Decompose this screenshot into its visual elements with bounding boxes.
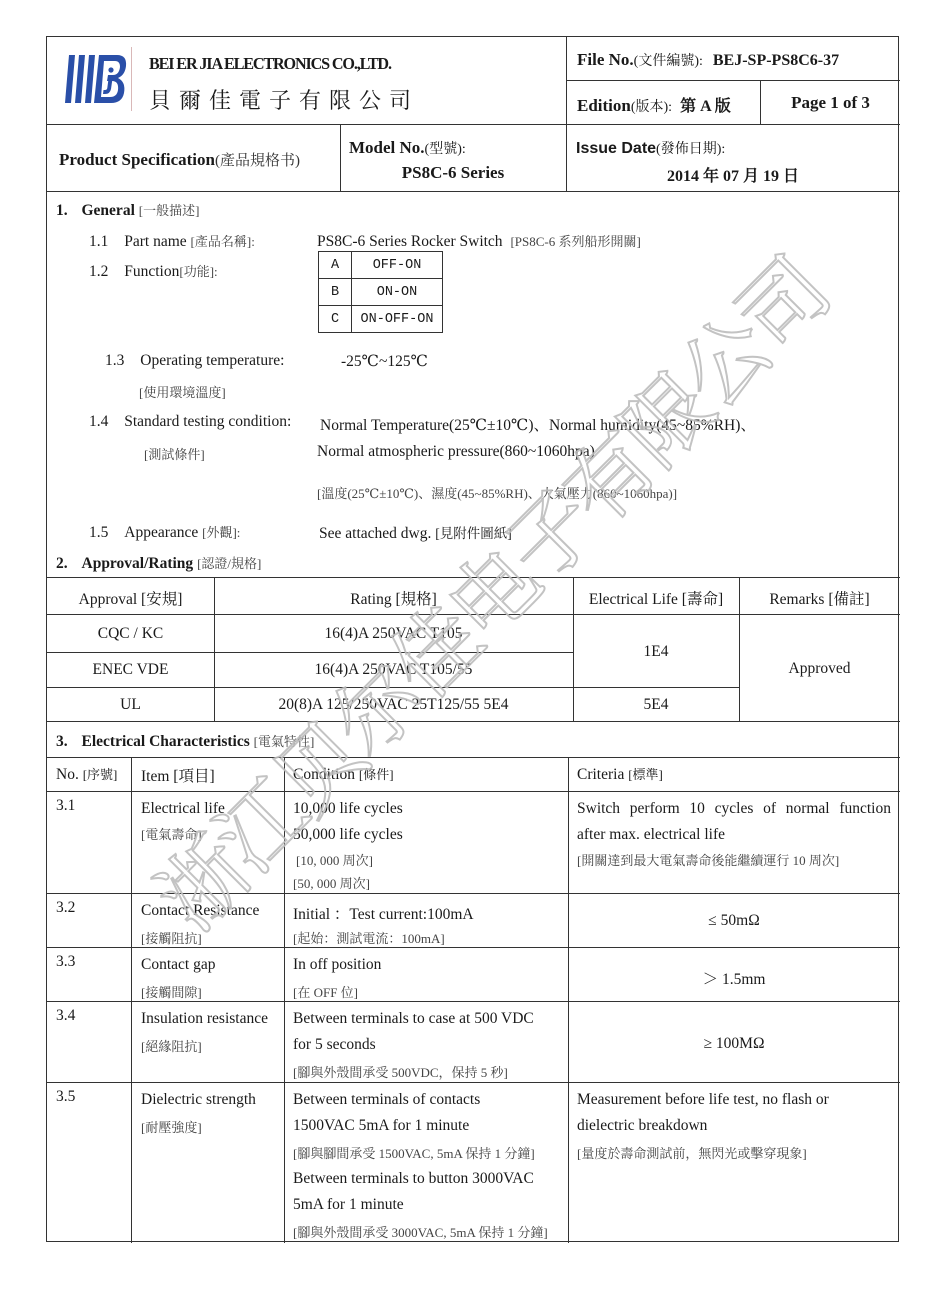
row-3-3-criteria: ＞ 1.5mm — [568, 967, 900, 989]
model-no-label: Model No.(型號): — [349, 138, 466, 158]
row-3-4-condition-2: for 5 seconds — [293, 1036, 376, 1054]
row-3-1-criteria-1: Switch perform 10 cycles of normal funct… — [577, 800, 891, 818]
part-name-row: 1.1 Part name [產品名稱]: — [89, 231, 255, 251]
row-3-4-no: 3.4 — [56, 1007, 75, 1025]
row-3-5-condition-cn-1: [腳與腳間承受 1500VAC, 5mA 保持 1 分鐘] — [293, 1143, 535, 1162]
no-header: No. [序號] — [56, 764, 117, 784]
row-3-1-condition-cn-1: [10, 000 周次] — [296, 850, 373, 869]
row-3-5-condition-1: Between terminals of contacts — [293, 1091, 480, 1109]
edition: Edition(版本): 第 A 版 — [577, 93, 731, 116]
logo-divider — [131, 47, 132, 111]
row-3-1-condition-2: 50,000 life cycles — [293, 826, 403, 844]
appearance-row: 1.5 Appearance [外觀]: — [89, 522, 240, 542]
product-specification-title: Product Specification(產品規格书) — [59, 149, 300, 170]
file-no: File No.(文件編號): BEJ-SP-PS8C6-37 — [577, 50, 839, 70]
row-3-1-criteria-2: after max. electrical life — [577, 826, 725, 844]
model-no-value: PS8C-6 Series — [340, 163, 566, 183]
approval-header: Approval [安規] — [47, 587, 214, 609]
testing-condition-label-cn: [測試條件] — [144, 444, 205, 463]
row-3-2-no: 3.2 — [56, 899, 75, 917]
issue-date-value: 2014 年 07 月 19 日 — [566, 163, 900, 186]
function-row-b: BON-ON — [319, 279, 443, 306]
section-1-heading: 1. General [一般描述] — [56, 200, 199, 220]
issue-date-label: Issue Date(發佈日期): — [576, 138, 725, 158]
appearance-value: See attached dwg. [見附件圖紙] — [319, 522, 512, 543]
row-3-5-criteria-cn: [量度於壽命測試前，無閃光或擊穿現象] — [577, 1143, 807, 1162]
row-3-4-item: Insulation resistance — [141, 1010, 268, 1028]
row-3-2-condition-cn: [起始：測試電流：100mA] — [293, 928, 445, 947]
operating-temp-label-cn: [使用環境溫度] — [139, 382, 226, 401]
row-3-4-condition-1: Between terminals to case at 500 VDC — [293, 1010, 534, 1028]
row-3-3-item-cn: [接觸間隙] — [141, 982, 202, 1001]
row-3-5-condition-cn-2: [腳與外殼間承受 3000VAC, 5mA 保持 1 分鐘] — [293, 1222, 548, 1241]
function-table: AOFF-ON BON-ON CON-OFF-ON — [318, 251, 443, 333]
row-3-1-condition-1: 10,000 life cycles — [293, 800, 403, 818]
section-3-heading: 3. Electrical Characteristics [電氣特性] — [56, 731, 314, 751]
row-3-4-item-cn: [絕緣阻抗] — [141, 1036, 202, 1055]
company-logo-icon — [63, 51, 129, 107]
row-3-2-item-cn: [接觸阻抗] — [141, 928, 202, 947]
row-3-3-item: Contact gap — [141, 956, 215, 974]
testing-condition-line1: Normal Temperature(25℃±10℃)、Normal humid… — [320, 413, 756, 435]
part-name-value: PS8C-6 Series Rocker Switch [PS8C-6 系列船形… — [317, 231, 641, 251]
row-3-4-criteria: ≥ 100MΩ — [568, 1035, 900, 1053]
row-3-5-item: Dielectric strength — [141, 1091, 256, 1109]
approval-cqc-kc: CQC / KC — [47, 625, 214, 643]
row-3-1-item-cn: [電氣壽命] — [141, 824, 202, 843]
row-3-1-condition-cn-2: [50, 000 周次] — [293, 873, 370, 892]
operating-temp-value: -25℃~125℃ — [341, 352, 428, 371]
row-3-1-criteria-cn: [開關達到最大電氣壽命後能繼續運行 10 周次] — [577, 850, 839, 869]
function-row-c: CON-OFF-ON — [319, 306, 443, 333]
company-name-en: BEI ER JIA ELECTRONICS CO.,LTD. — [149, 54, 391, 74]
row-3-5-criteria-2: dielectric breakdown — [577, 1117, 707, 1135]
operating-temp-row: 1.3 Operating temperature: — [105, 352, 284, 370]
row-3-2-condition: Initial ：Test current:100mA — [293, 902, 474, 924]
row-3-3-condition: In off position — [293, 956, 381, 974]
condition-header: Condition [條件] — [293, 764, 394, 784]
page-indicator: Page 1 of 3 — [761, 93, 900, 113]
row-3-5-condition-4: 5mA for 1 minute — [293, 1196, 404, 1214]
electrical-life-5e4: 5E4 — [573, 696, 739, 714]
item-header: Item [項目] — [141, 764, 215, 786]
row-3-3-no: 3.3 — [56, 953, 75, 971]
rating-ul: 20(8)A 125/250VAC 25T125/55 5E4 — [214, 696, 573, 714]
electrical-life-header: Electrical Life [壽命] — [573, 587, 739, 609]
edition-value: 第 A 版 — [680, 98, 731, 115]
row-3-1-item: Electrical life — [141, 800, 225, 818]
testing-condition-cn: [溫度(25℃±10℃)、濕度(45~85%RH)、大氣壓力(860~1060h… — [317, 483, 677, 502]
file-no-value: BEJ-SP-PS8C6-37 — [713, 52, 839, 69]
section-2-heading: 2. Approval/Rating [認證/規格] — [56, 553, 261, 573]
remarks-header: Remarks [備註] — [739, 587, 900, 609]
row-3-5-criteria-1: Measurement before life test, no flash o… — [577, 1091, 829, 1109]
row-3-5-no: 3.5 — [56, 1088, 75, 1106]
remarks-approved: Approved — [739, 660, 900, 678]
row-3-5-condition-2: 1500VAC 5mA for 1 minute — [293, 1117, 469, 1135]
row-3-1-no: 3.1 — [56, 797, 75, 815]
rating-header: Rating [規格] — [214, 587, 573, 609]
approval-enec-vde: ENEC VDE — [47, 661, 214, 679]
function-row: 1.2 Function[功能]: — [89, 261, 218, 281]
row-3-2-item: Contact Resistance — [141, 902, 259, 920]
row-3-4-condition-cn: [腳與外殼間承受 500VDC，保持 5 秒] — [293, 1062, 508, 1081]
criteria-header: Criteria [標準] — [577, 764, 663, 784]
row-3-5-condition-3: Between terminals to button 3000VAC — [293, 1170, 534, 1188]
company-name-cn: 貝爾佳電子有限公司 — [149, 84, 419, 115]
approval-ul: UL — [47, 696, 214, 714]
function-row-a: AOFF-ON — [319, 252, 443, 279]
spec-page: BEI ER JIA ELECTRONICS CO.,LTD. 貝爾佳電子有限公… — [46, 36, 899, 1242]
row-3-3-condition-cn: [在 OFF 位] — [293, 982, 358, 1001]
testing-condition-row: 1.4 Standard testing condition: — [89, 413, 291, 431]
row-3-5-item-cn: [耐壓強度] — [141, 1117, 202, 1136]
rating-cqc-kc: 16(4)A 250VAC T105 — [214, 625, 573, 643]
row-3-2-criteria: ≤ 50mΩ — [568, 912, 900, 930]
testing-condition-line2: Normal atmospheric pressure(860~1060hpa) — [317, 443, 595, 461]
electrical-life-1e4: 1E4 — [573, 643, 739, 661]
rating-enec-vde: 16(4)A 250VAC T105/55 — [214, 661, 573, 679]
